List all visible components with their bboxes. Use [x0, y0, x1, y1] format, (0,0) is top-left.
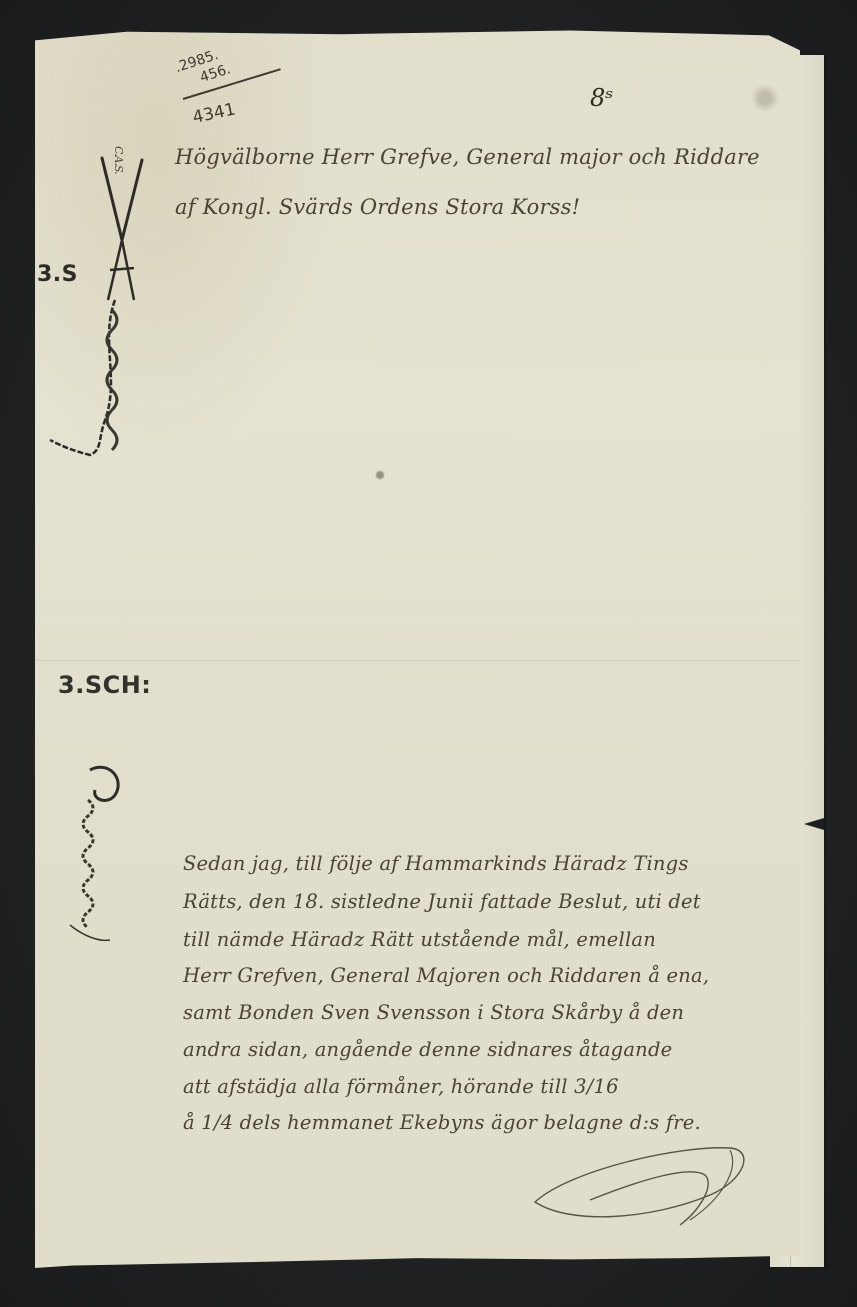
- archive-stamp-top: 3.S: [37, 262, 78, 287]
- body-line-8: å 1/4 dels hemmanet Ekebyns ägor belagne…: [183, 1111, 701, 1134]
- body-line-6: andra sidan, angående denne sidnares åta…: [183, 1038, 672, 1061]
- archive-stamp-middle: 3.SCH:: [58, 671, 151, 699]
- margin-signature-bottom-icon: [70, 760, 140, 950]
- margin-initials: C.A.S.: [112, 146, 125, 174]
- body-line-5: samt Bonden Sven Svensson i Stora Skårby…: [183, 1001, 684, 1024]
- margin-cross-sign-icon: [90, 150, 160, 470]
- fold-line: [35, 660, 800, 661]
- body-line-2: Rätts, den 18. sistledne Junii fattade B…: [183, 890, 701, 913]
- folio-number: 8ˢ: [590, 84, 613, 112]
- body-line-7: att afstädja alla förmåner, hörande till…: [183, 1075, 619, 1098]
- signature-flourish-icon: [530, 1140, 760, 1240]
- body-line-4: Herr Grefven, General Majoren och Riddar…: [183, 964, 709, 987]
- salutation-line-1: Högvälborne Herr Grefve, General major o…: [175, 145, 760, 169]
- body-line-1: Sedan jag, till följe af Hammarkinds Här…: [183, 852, 689, 875]
- body-line-3: till nämde Häradz Rätt utstående mål, em…: [183, 928, 656, 951]
- salutation-line-2: af Kongl. Svärds Ordens Stora Korss!: [175, 195, 580, 219]
